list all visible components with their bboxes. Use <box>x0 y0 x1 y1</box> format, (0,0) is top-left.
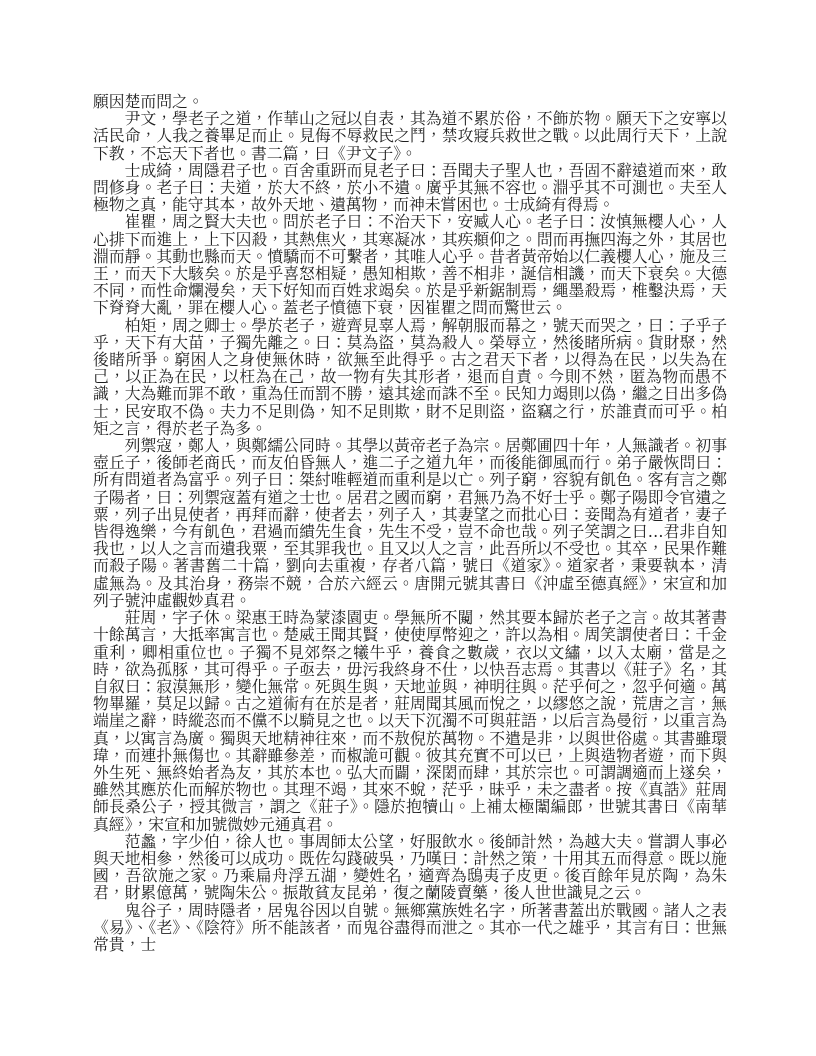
paragraph-fanli: 范蠡，字少伯，徐人也。事周師太公望，好服飲水。後師計然，為越大夫。嘗謂人事必與天… <box>93 833 727 902</box>
paragraph-guiguzi: 鬼谷子，周時隱者，居鬼谷因以自號。無鄉黨族姓名字，所著書蓋出於戰國。諸人之表《易… <box>93 902 727 954</box>
paragraph-zhuangzhou: 莊周，字子休。梁惠王時為蒙漆園吏。學無所不闚，然其要本歸於老子之言。故其著書十餘… <box>93 609 727 833</box>
paragraph-cuiqu: 崔瞿，周之賢大夫也。問於老子曰：不治天下，安臧人心。老子曰：汝慎無櫻人心，人心排… <box>93 213 727 316</box>
paragraph-continuation: 願因楚而問之。 <box>93 93 727 110</box>
paragraph-baiju: 柏矩，周之卿士。學於老子，遊齊見辜人焉，解朝服而幕之，號天而哭之，曰：子乎子乎，… <box>93 317 727 437</box>
document-page: 願因楚而問之。 尹文，學老子之道，作華山之冠以自表，其為道不累於俗，不飾於物。願… <box>0 0 816 1056</box>
paragraph-shichengqi: 士成綺，周隱君子也。百舍重趼而見老子曰：吾聞夫子聖人也，吾固不辭遠道而來，敢問修… <box>93 162 727 214</box>
text-block: 願因楚而問之。 尹文，學老子之道，作華山之冠以自表，其為道不累於俗，不飾於物。願… <box>93 93 727 953</box>
paragraph-yinwen: 尹文，學老子之道，作華山之冠以自表，其為道不累於俗，不飾於物。願天下之安寧以活民… <box>93 110 727 162</box>
paragraph-lieyukou: 列禦寇，鄭人，與鄭繻公同時。其學以黃帝老子為宗。居鄭圃四十年，人無識者。初事壺丘… <box>93 437 727 609</box>
